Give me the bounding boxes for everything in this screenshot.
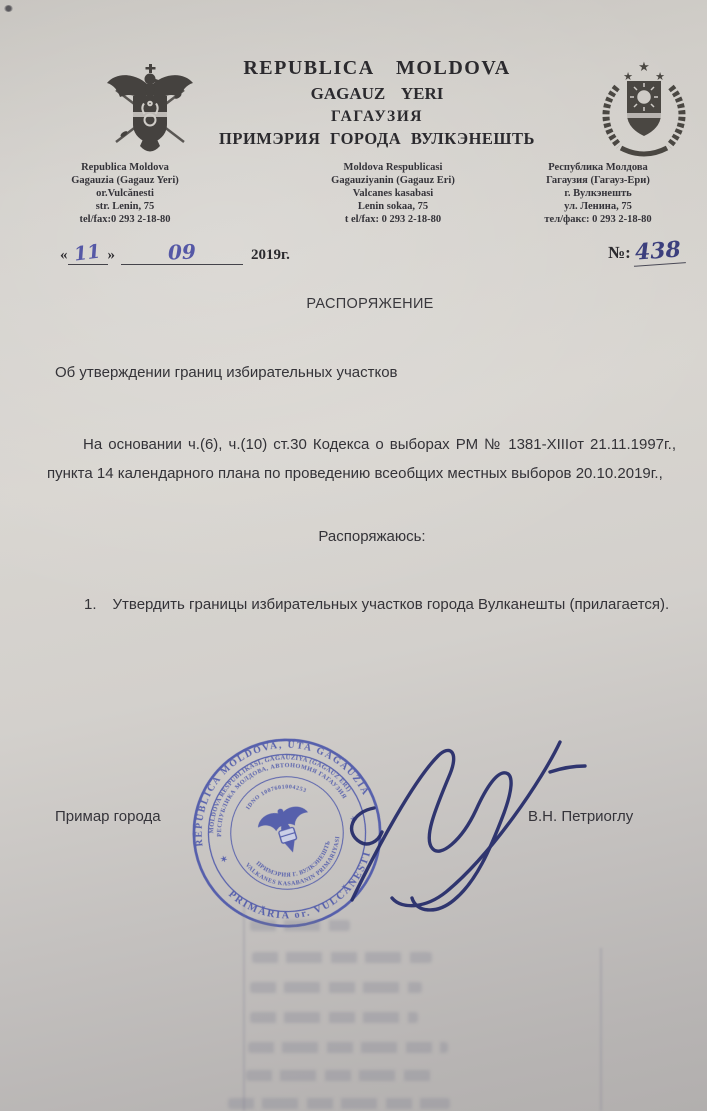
handwritten-day: 11 [73,240,102,265]
letterhead-title: REPUBLICA MOLDOVA GAGAUZ YERI ГАГАУЗИЯ П… [203,57,551,149]
bleed-through-text-row [246,1070,436,1081]
bleed-through-text-row [228,1098,450,1109]
quote-close: » [108,247,116,263]
resolve-word: Распоряжаюсь: [33,528,707,545]
document-photo: ★ ★ ★ REPUBLICA MOLDOVA GAGAUZ YERI ГАГА… [0,0,707,1111]
number-label: №: [608,243,631,262]
date-day-underline: 11 [68,242,108,265]
stamp-center-eagle [255,801,318,860]
title-line-republica-moldova: REPUBLICA MOLDOVA [203,57,551,80]
svg-text:★: ★ [638,60,650,75]
contact-line: or.Vulcănesti [14,187,236,200]
bleed-through-text-row [252,952,432,963]
document-number: №:438 [608,238,685,265]
contact-line: Gagauzia (Gagauz Yeri) [14,174,236,187]
bleed-through-text-row [248,1042,448,1053]
handwritten-signature [322,726,594,918]
contact-column-russian: Республика Молдова Гагаузия (Гагауз-Ери)… [494,161,702,226]
bleed-through-table-line [243,905,245,1111]
subject-line: Об утверждении границ избирательных учас… [55,364,398,381]
photo-corner-speck [4,5,13,12]
contact-line: str. Lenin, 75 [14,200,236,213]
contact-line: Republica Moldova [14,161,236,174]
contact-line: Республика Молдова [494,161,702,174]
bleed-through-text-row [250,920,350,931]
moldova-coat-of-arms-icon [100,62,200,168]
handwritten-month: 09 [168,240,197,265]
contact-line: г. Вулкэнешть [494,187,702,200]
legal-basis-paragraph: На основании ч.(6), ч.(10) ст.30 Кодекса… [47,430,676,488]
contact-line: t el/fax: 0 293 2-18-80 [282,213,504,226]
order-item-1: 1.Утвердить границы избирательных участк… [84,596,669,613]
title-line-primaria: ПРИМЭРИЯ ГОРОДА ВУЛКЭНЕШТЬ [203,129,551,149]
bleed-through-text-row [250,982,422,993]
contact-column-romanian: Republica Moldova Gagauzia (Gagauz Yeri)… [14,161,236,226]
bleed-through-table-line [600,948,602,1111]
date-line: «11»092019г. [60,240,290,265]
bleed-through-text-row [250,1012,418,1023]
signer-title: Примар города [55,808,161,825]
contact-line: tel/fax:0 293 2-18-80 [14,213,236,226]
stamp-star-left: ✶ [219,853,229,865]
contact-line: Gagauziyanin (Gagauz Eri) [282,174,504,187]
title-line-gagauzia: ГАГАУЗИЯ [203,108,551,126]
date-month-underline: 09 [121,240,243,265]
contact-line: Moldova Respublicasi [282,161,504,174]
handwritten-number: 438 [632,236,686,267]
document-type-heading: РАСПОРЯЖЕНИЕ [33,296,707,312]
item-text: Утвердить границы избирательных участков… [113,596,670,613]
quote-open: « [60,247,68,263]
contact-line: Valcanes kasabasi [282,187,504,200]
contact-line: тел/факс: 0 293 2-18-80 [494,213,702,226]
item-number: 1. [84,596,97,613]
contact-line: Гагаузия (Гагауз-Ери) [494,174,702,187]
gagauzia-coat-of-arms-icon: ★ ★ ★ [593,57,695,165]
year-label: 2019г. [251,247,290,263]
contact-line: Lenin sokaa, 75 [282,200,504,213]
contact-column-gagauz: Moldova Respublicasi Gagauziyanin (Gagau… [282,161,504,226]
contact-line: ул. Ленина, 75 [494,200,702,213]
title-line-gagauz-yeri: GAGAUZ YERI [203,84,551,104]
